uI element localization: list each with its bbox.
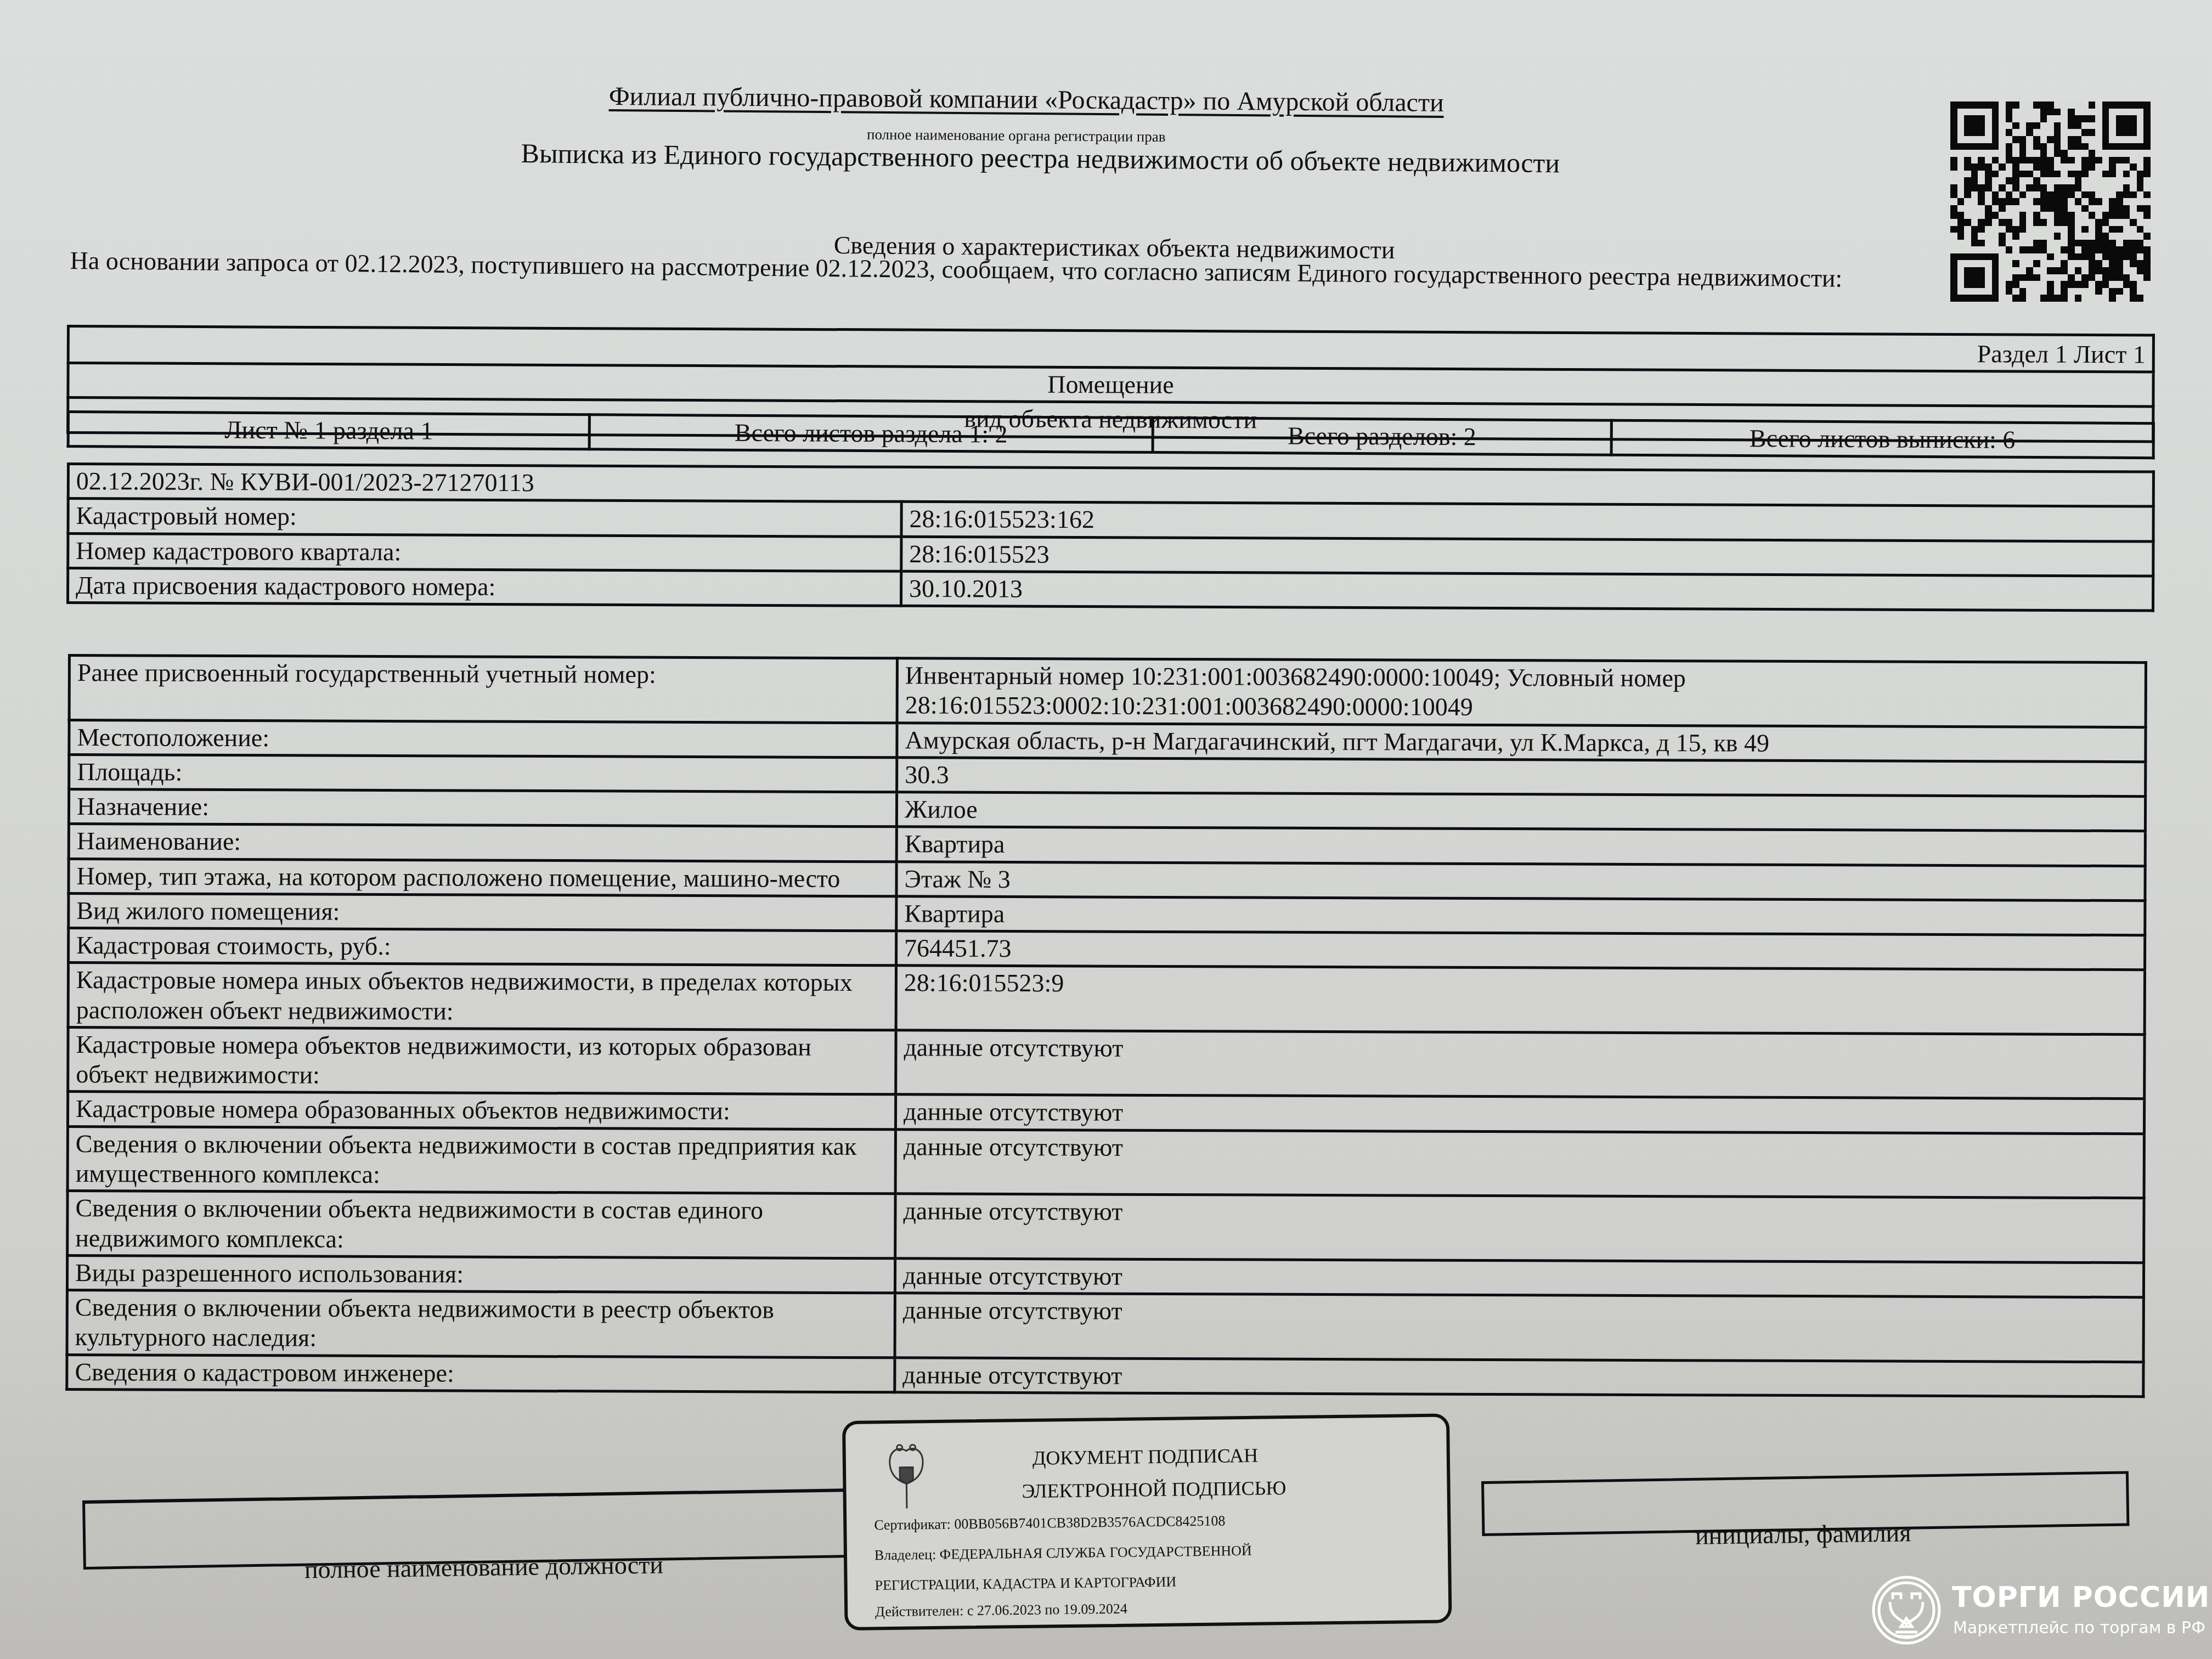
stamp-owner-line2: РЕГИСТРАЦИИ, КАДАСТРА И КАРТОГРАФИИ	[874, 1574, 1176, 1594]
organization-name: Филиал публично-правовой компании «Роска…	[609, 81, 1444, 118]
field-value: Инвентарный номер 10:231:001:003682490:0…	[897, 658, 2146, 727]
document-title: Выписка из Единого государственного реес…	[521, 137, 1560, 179]
field-label: Наименование:	[69, 824, 896, 862]
field-value: Квартира	[896, 827, 2145, 866]
field-label: Кадастровые номера образованных объектов…	[67, 1092, 895, 1130]
field-label: Площадь:	[69, 754, 897, 792]
total-sheets-section: Всего листов раздела 1: 2	[589, 415, 1153, 453]
field-label: Кадастровый номер:	[68, 499, 901, 537]
field-value: Амурская область, р-н Магдагачинский, пг…	[897, 723, 2146, 761]
total-sections: Всего разделов: 2	[1153, 418, 1612, 455]
field-value: данные отсутствуют	[895, 1129, 2144, 1198]
table-row: Кадастровые номера объектов недвижимости…	[68, 1027, 2145, 1099]
table-row: Сведения о включении объекта недвижимост…	[67, 1290, 2143, 1362]
field-value: 28:16:015523	[901, 537, 2153, 576]
qr-code-icon	[1950, 101, 2151, 302]
field-label: Назначение:	[69, 789, 896, 827]
characteristics-table: Ранее присвоенный государственный учетны…	[65, 654, 2147, 1398]
basic-info-table: 02.12.2023г. № КУВИ-001/2023-271270113 К…	[66, 462, 2155, 612]
table-row: Дата присвоения кадастрового номера:30.1…	[68, 568, 2153, 611]
field-value: данные отсутствуют	[895, 1094, 2144, 1133]
field-value: Этаж № 3	[896, 861, 2145, 900]
watermark-name: ТОРГИ РОССИИ	[1952, 1581, 2210, 1614]
field-value: данные отсутствуют	[895, 1293, 2143, 1362]
field-value: 30.3	[897, 758, 2146, 797]
field-value: 30.10.2013	[901, 571, 2153, 611]
field-value: данные отсутствуют	[896, 1030, 2145, 1099]
field-label: Сведения о включении объекта недвижимост…	[67, 1290, 895, 1358]
field-value: Жилое	[896, 792, 2145, 831]
field-label: Сведения о кадастровом инженере:	[67, 1355, 895, 1392]
field-value: 764451.73	[896, 931, 2145, 970]
field-value: данные отсутствуют	[895, 1194, 2144, 1262]
table-row: Кадастровые номера иных объектов недвижи…	[68, 963, 2145, 1035]
field-label: Номер кадастрового квартала:	[68, 533, 901, 571]
field-label: Ранее присвоенный государственный учетны…	[69, 656, 897, 723]
sheet-number: Лист № 1 раздела 1	[68, 412, 590, 450]
table-row: Ранее присвоенный государственный учетны…	[69, 656, 2146, 727]
field-value: данные отсутствуют	[895, 1357, 2143, 1396]
field-label: Виды разрешенного использования:	[67, 1255, 895, 1293]
field-label: Кадастровые номера объектов недвижимости…	[68, 1027, 896, 1094]
electronic-signature-stamp: ДОКУМЕНТ ПОДПИСАН ЭЛЕКТРОННОЙ ПОДПИСЬЮ С…	[842, 1413, 1452, 1630]
field-value: 28:16:015523:9	[896, 966, 2145, 1034]
field-label: Номер, тип этажа, на котором расположено…	[69, 859, 896, 896]
document-page: Филиал публично-правовой компании «Роска…	[0, 0, 2212, 1659]
watermark-tagline: Маркетплейс по торгам в РФ	[1953, 1618, 2205, 1638]
field-label: Кадастровая стоимость, руб.:	[69, 928, 896, 966]
field-value: данные отсутствуют	[895, 1259, 2143, 1297]
field-label: Дата присвоения кадастрового номера:	[68, 568, 901, 606]
field-value: 28:16:015523:162	[901, 502, 2153, 541]
table-row: Сведения о кадастровом инженере:данные о…	[67, 1355, 2143, 1396]
field-label: Кадастровые номера иных объектов недвижи…	[68, 963, 896, 1030]
table-row: Сведения о включении объекта недвижимост…	[67, 1191, 2144, 1263]
stamp-line1: ДОКУМЕНТ ПОДПИСАН	[1032, 1444, 1259, 1470]
stamp-owner-line1: Владелец: ФЕДЕРАЛЬНАЯ СЛУЖБА ГОСУДАРСТВЕ…	[874, 1543, 1252, 1564]
field-value: Квартира	[896, 896, 2145, 935]
name-caption: инициалы, фамилия	[1695, 1518, 1911, 1550]
field-label: Сведения о включении объекта недвижимост…	[67, 1191, 895, 1259]
total-sheets-extract: Всего листов выписки: 6	[1611, 420, 2154, 458]
table-row: Сведения о включении объекта недвижимост…	[67, 1126, 2144, 1198]
position-caption: полное наименование должности	[304, 1550, 664, 1584]
field-label: Местоположение:	[69, 720, 897, 758]
eagle-circle-logo-icon	[1871, 1575, 1942, 1646]
stamp-certificate: Сертификат: 00BB056B7401CB38D2B3576ACDC8…	[874, 1513, 1225, 1533]
field-label: Сведения о включении объекта недвижимост…	[67, 1126, 895, 1194]
stamp-line2: ЭЛЕКТРОННОЙ ПОДПИСЬЮ	[1022, 1476, 1286, 1503]
stamp-validity: Действителен: с 27.06.2023 по 19.09.2024	[875, 1601, 1127, 1621]
field-label: Вид жилого помещения:	[69, 893, 896, 931]
double-headed-eagle-icon	[884, 1440, 929, 1511]
